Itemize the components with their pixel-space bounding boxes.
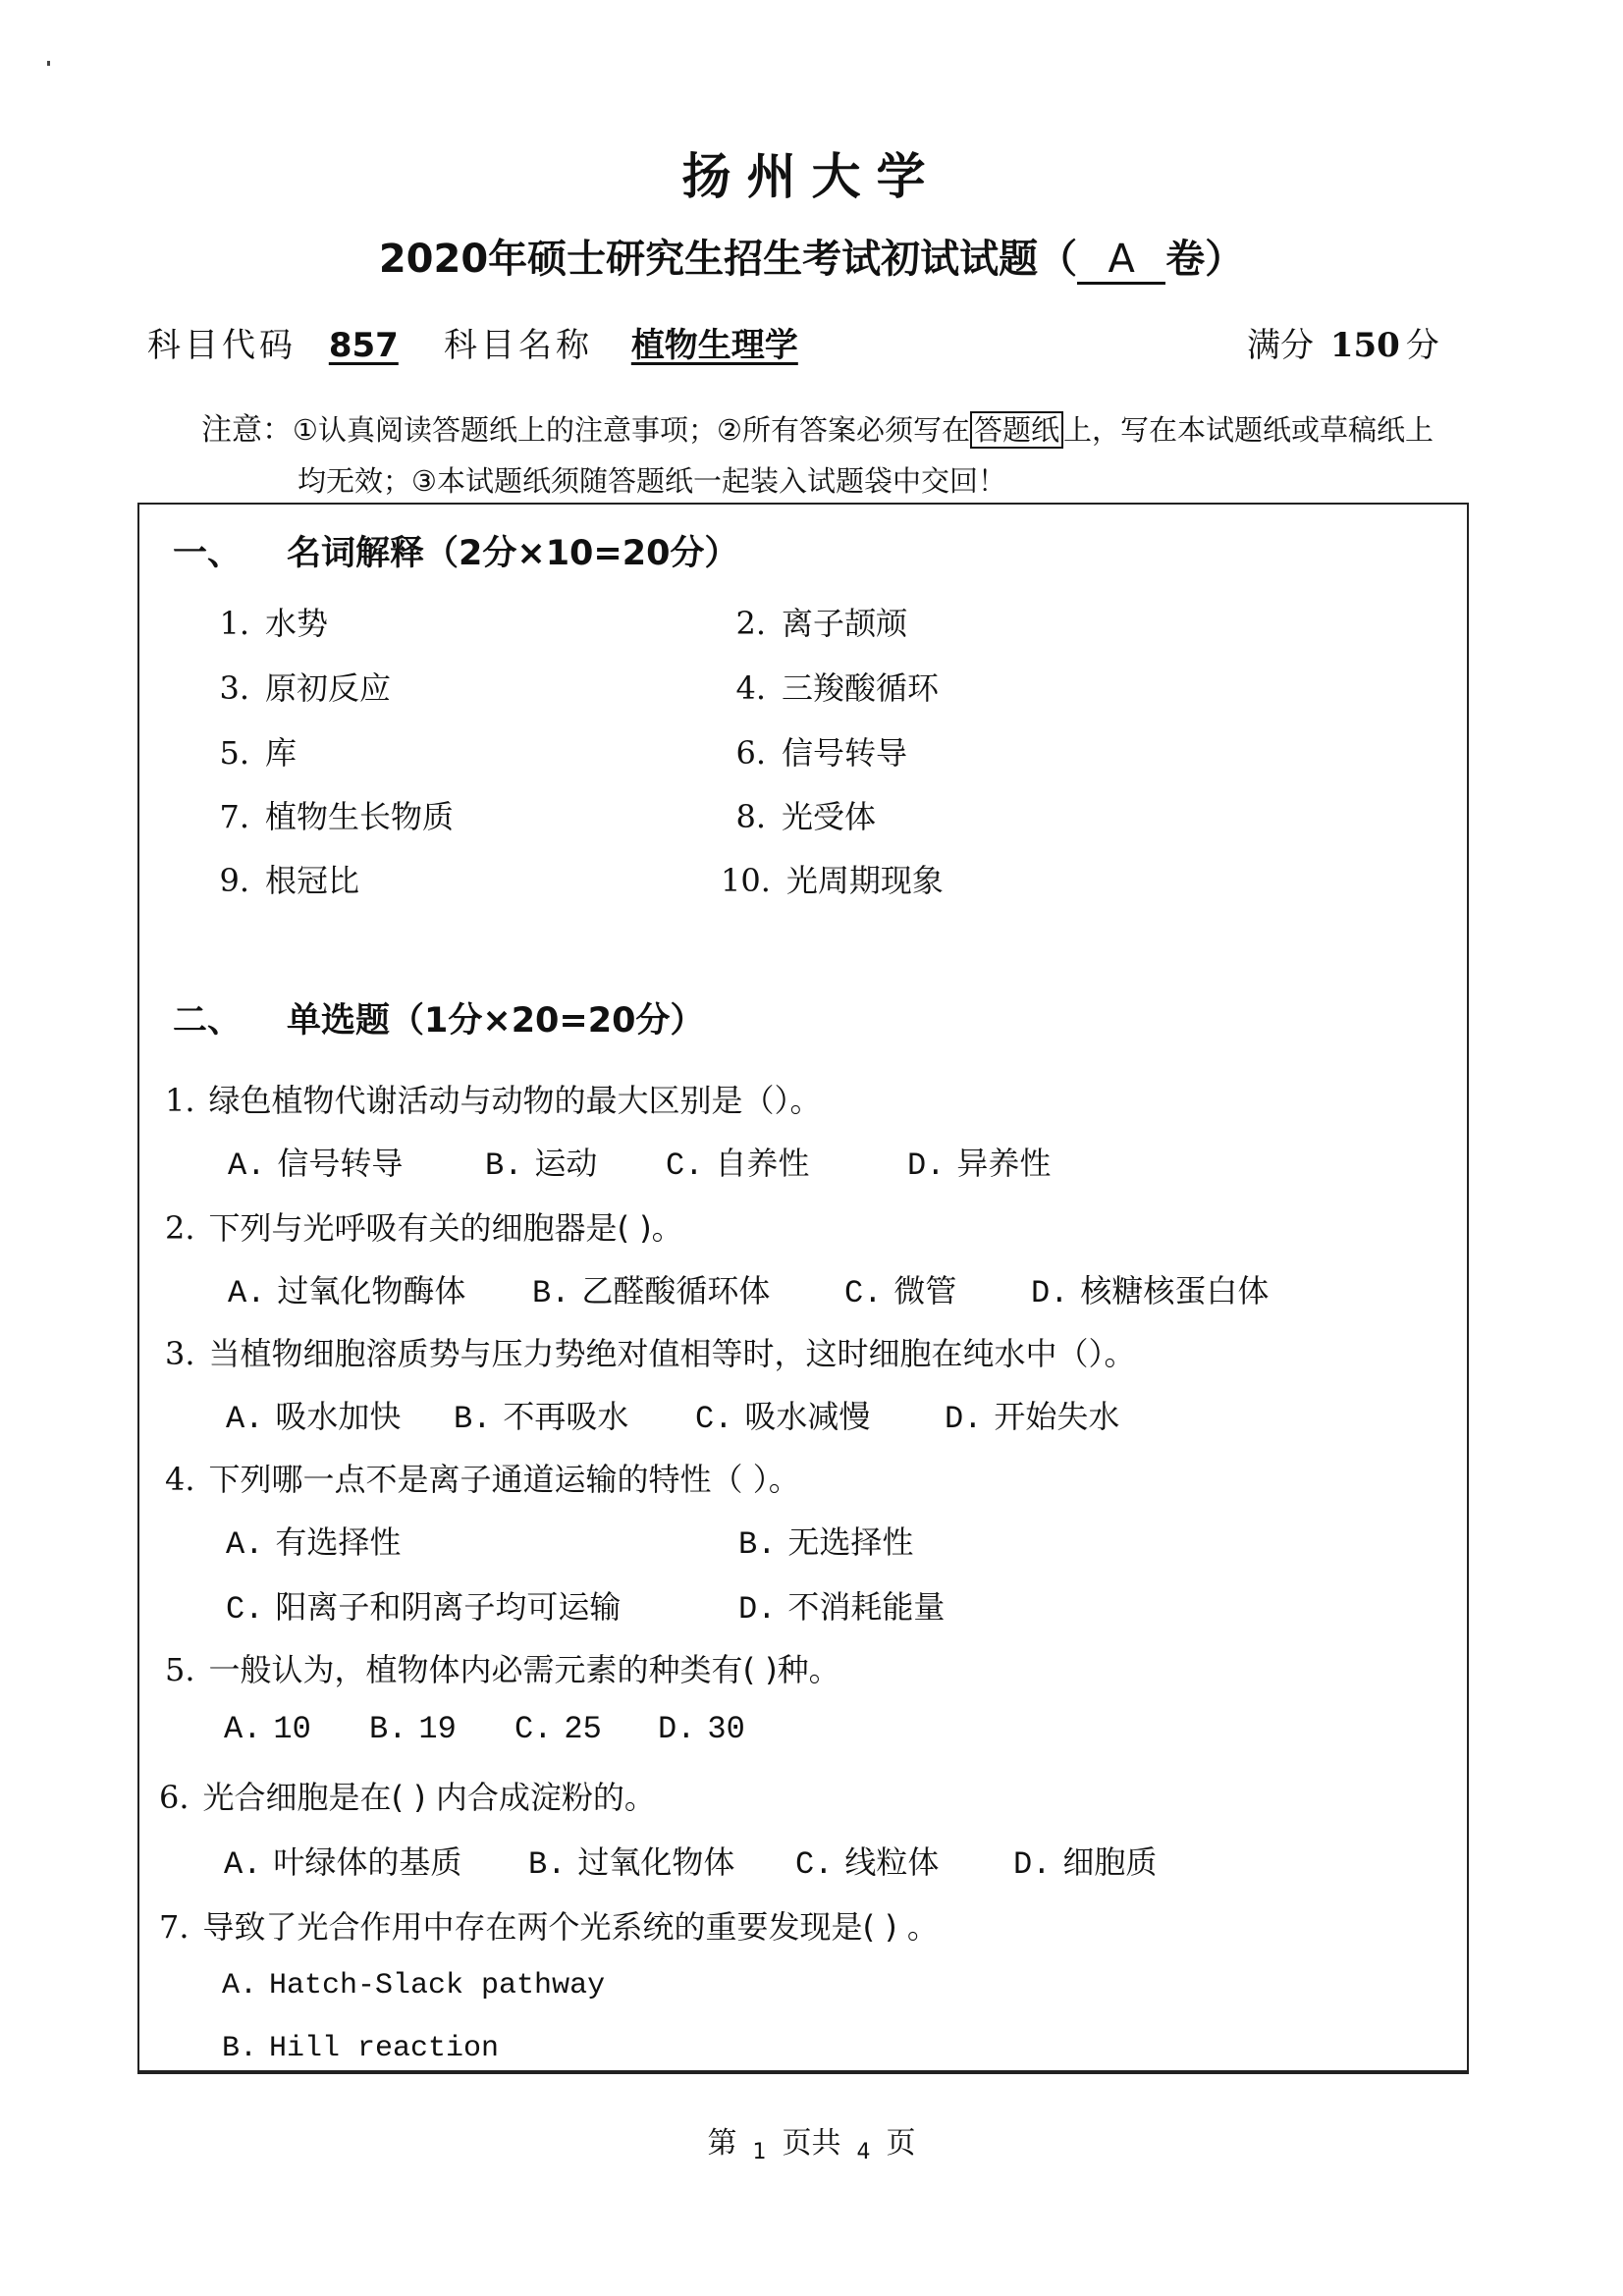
subject-name-label: 科目名称: [444, 326, 593, 365]
term-item: 2.离子颉颃: [721, 599, 907, 644]
question-option: B.运动: [485, 1139, 597, 1184]
question-option: B.无选择性: [738, 1518, 913, 1563]
subject-code-value: 857: [329, 326, 399, 365]
term-item: 3.原初反应: [204, 664, 391, 709]
exam-title-suffix: 卷）: [1165, 237, 1244, 282]
full-score-value: 150: [1330, 326, 1400, 365]
term-item: 8.光受体: [721, 792, 876, 837]
question-option: D.30: [658, 1708, 745, 1747]
current-page: 1: [753, 2140, 767, 2164]
question-option: D.异养性: [907, 1139, 1051, 1184]
scan-speck: [47, 61, 50, 66]
question-stem: 1.绿色植物代谢活动与动物的最大区别是（）。: [165, 1076, 822, 1121]
section-2-heading: 二、单选题（1分×20=20分）: [173, 993, 704, 1042]
question-option: A.信号转导: [228, 1139, 403, 1184]
question-stem: 7.导致了光合作用中存在两个光系统的重要发现是( ) 。: [159, 1902, 939, 1948]
term-item: 7.植物生长物质: [204, 792, 454, 837]
notice-line-1: 注意：①认真阅读答题纸上的注意事项；②所有答案必须写在答题纸上，写在本试题纸或草…: [201, 404, 1434, 449]
term-item: 6.信号转导: [721, 728, 907, 774]
notice-text-1: ①认真阅读答题纸上的注意事项；②所有答案必须写在: [293, 413, 970, 447]
question-stem: 5.一般认为，植物体内必需元素的种类有( )种。: [165, 1645, 840, 1690]
question-stem: 3.当植物细胞溶质势与压力势绝对值相等时，这时细胞在纯水中（）。: [165, 1329, 1136, 1374]
term-item: 4.三羧酸循环: [721, 664, 939, 709]
paper-version: A: [1077, 237, 1165, 285]
question-stem: 2.下列与光呼吸有关的细胞器是( )。: [165, 1203, 683, 1249]
question-option: C.25: [514, 1708, 602, 1747]
section-1-title: 名词解释（2分×10=20分）: [287, 534, 738, 573]
term-item: 5.库: [204, 728, 297, 774]
footer-middle: 页共: [783, 2126, 841, 2161]
full-score-field: 满分 150分: [1247, 318, 1439, 366]
full-score-label: 满分: [1247, 326, 1314, 365]
footer-prefix: 第: [708, 2126, 737, 2161]
section-2-number: 二、: [173, 1001, 242, 1041]
question-option: D.不消耗能量: [738, 1582, 945, 1628]
question-option: A.过氧化物酶体: [228, 1266, 465, 1311]
question-stem: 6.光合细胞是在( ) 内合成淀粉的。: [159, 1773, 656, 1818]
question-option: D.核糖核蛋白体: [1031, 1266, 1269, 1311]
question-option: B.不再吸水: [454, 1392, 628, 1437]
section-1-number: 一、: [173, 534, 242, 573]
university-title: 扬州大学: [0, 137, 1623, 208]
question-option: D.开始失水: [945, 1392, 1119, 1437]
question-option: A.10: [224, 1708, 311, 1747]
question-option: C.微管: [844, 1266, 956, 1311]
subject-name-field: 科目名称 植物生理学: [444, 318, 798, 366]
question-option: A.吸水加快: [226, 1392, 401, 1437]
notice-text-2: 上，写在本试题纸或草稿纸上: [1063, 413, 1434, 447]
question-option: B.19: [369, 1708, 457, 1747]
subject-code-label: 科目代码: [147, 326, 297, 365]
footer-suffix: 页: [887, 2126, 916, 2161]
question-option: A.Hatch-Slack pathway: [222, 1969, 605, 2002]
term-item: 9.根冠比: [204, 856, 359, 901]
question-option: B.过氧化物体: [528, 1838, 734, 1883]
full-score-unit: 分: [1406, 326, 1439, 365]
subject-code-field: 科目代码 857: [147, 318, 399, 366]
exam-title-prefix: 2020年硕士研究生招生考试初试试题（: [379, 237, 1077, 282]
question-option: B.Hill reaction: [222, 2032, 499, 2065]
notice-label: 注意：: [201, 412, 293, 448]
question-option: C.线粒体: [795, 1838, 939, 1883]
question-option: C.吸水减慢: [695, 1392, 870, 1437]
term-item: 10.光周期现象: [721, 856, 944, 901]
question-option: C.阳离子和阴离子均可运输: [226, 1582, 621, 1628]
notice-boxed-text: 答题纸: [970, 411, 1063, 449]
total-pages: 4: [857, 2140, 871, 2164]
question-option: C.自养性: [666, 1139, 809, 1184]
question-option: A.有选择性: [226, 1518, 401, 1563]
exam-content-box: 一、名词解释（2分×10=20分） 1.水势 2.离子颉颃 3.原初反应 4.三…: [137, 503, 1469, 2074]
question-option: B.乙醛酸循环体: [532, 1266, 770, 1311]
question-option: D.细胞质: [1013, 1838, 1157, 1883]
question-option: A.叶绿体的基质: [224, 1838, 461, 1883]
subject-name-value: 植物生理学: [631, 326, 798, 365]
exam-title: 2020年硕士研究生招生考试初试试题（A卷）: [0, 228, 1623, 285]
section-2-title: 单选题（1分×20=20分）: [287, 1001, 704, 1041]
term-item: 1.水势: [204, 599, 328, 644]
question-stem: 4.下列哪一点不是离子通道运输的特性（ ）。: [165, 1455, 800, 1500]
page-footer: 第1页共4页: [0, 2118, 1623, 2164]
section-1-heading: 一、名词解释（2分×10=20分）: [173, 526, 738, 575]
notice-line-2: 均无效；③本试题纸须随答题纸一起装入试题袋中交回！: [298, 459, 1006, 500]
